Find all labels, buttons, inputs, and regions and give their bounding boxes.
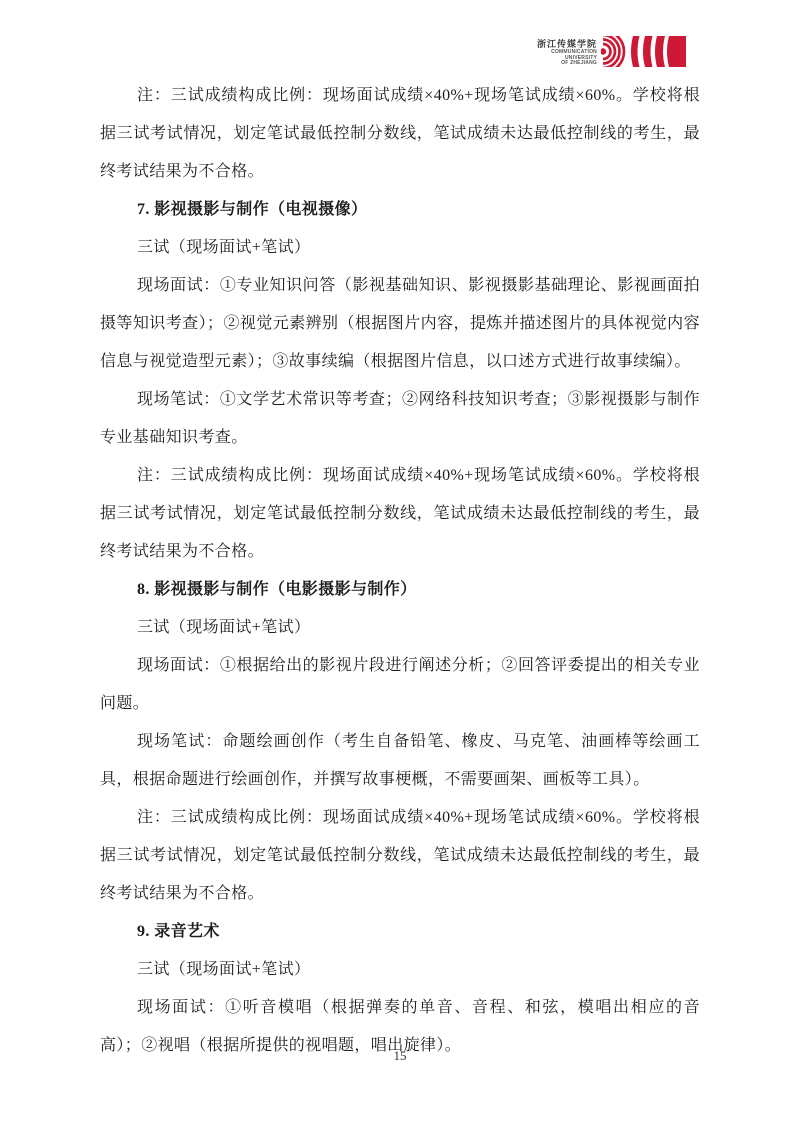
- section-heading: 7. 影视摄影与制作（电视摄像）: [100, 191, 700, 229]
- note-paragraph: 注：三试成绩构成比例：现场面试成绩×40%+现场笔试成绩×60%。学校将根据三试…: [100, 457, 700, 571]
- paragraph: 现场笔试：命题绘画创作（考生自备铅笔、橡皮、马克笔、油画棒等绘画工具，根据命题进…: [100, 723, 700, 799]
- page-number: 15: [0, 1047, 800, 1065]
- paragraph: 三试（现场面试+笔试）: [100, 229, 700, 267]
- section-heading: 9. 录音艺术: [100, 913, 700, 951]
- university-name-en-line: OF ZHEJIANG: [537, 61, 597, 67]
- paragraph: 现场面试：①专业知识问答（影视基础知识、影视摄影基础理论、影视画面拍摄等知识考查…: [100, 267, 700, 381]
- paragraph: 三试（现场面试+笔试）: [100, 951, 700, 989]
- note-paragraph: 注：三试成绩构成比例：现场面试成绩×40%+现场笔试成绩×60%。学校将根据三试…: [100, 77, 700, 191]
- paragraph: 三试（现场面试+笔试）: [100, 609, 700, 647]
- section-heading: 8. 影视摄影与制作（电影摄影与制作）: [100, 571, 700, 609]
- university-logo-text: 浙江传媒学院 COMMUNICATION UNIVERSITY OF ZHEJI…: [537, 36, 597, 67]
- document-page: 浙江传媒学院 COMMUNICATION UNIVERSITY OF ZHEJI…: [0, 0, 800, 1132]
- document-body: 注：三试成绩构成比例：现场面试成绩×40%+现场笔试成绩×60%。学校将根据三试…: [100, 77, 700, 1065]
- note-paragraph: 注：三试成绩构成比例：现场面试成绩×40%+现场笔试成绩×60%。学校将根据三试…: [100, 799, 700, 913]
- university-name-en: COMMUNICATION UNIVERSITY OF ZHEJIANG: [537, 50, 597, 67]
- paragraph: 现场笔试：①文学艺术常识等考查；②网络科技知识考查；③影视摄影与制作专业基础知识…: [100, 381, 700, 457]
- paragraph: 现场面试：①根据给出的影视片段进行阐述分析；②回答评委提出的相关专业问题。: [100, 647, 700, 723]
- logo-waves-icon: [601, 36, 686, 67]
- university-name-cn: 浙江传媒学院: [537, 39, 597, 49]
- university-logo: 浙江传媒学院 COMMUNICATION UNIVERSITY OF ZHEJI…: [537, 36, 686, 67]
